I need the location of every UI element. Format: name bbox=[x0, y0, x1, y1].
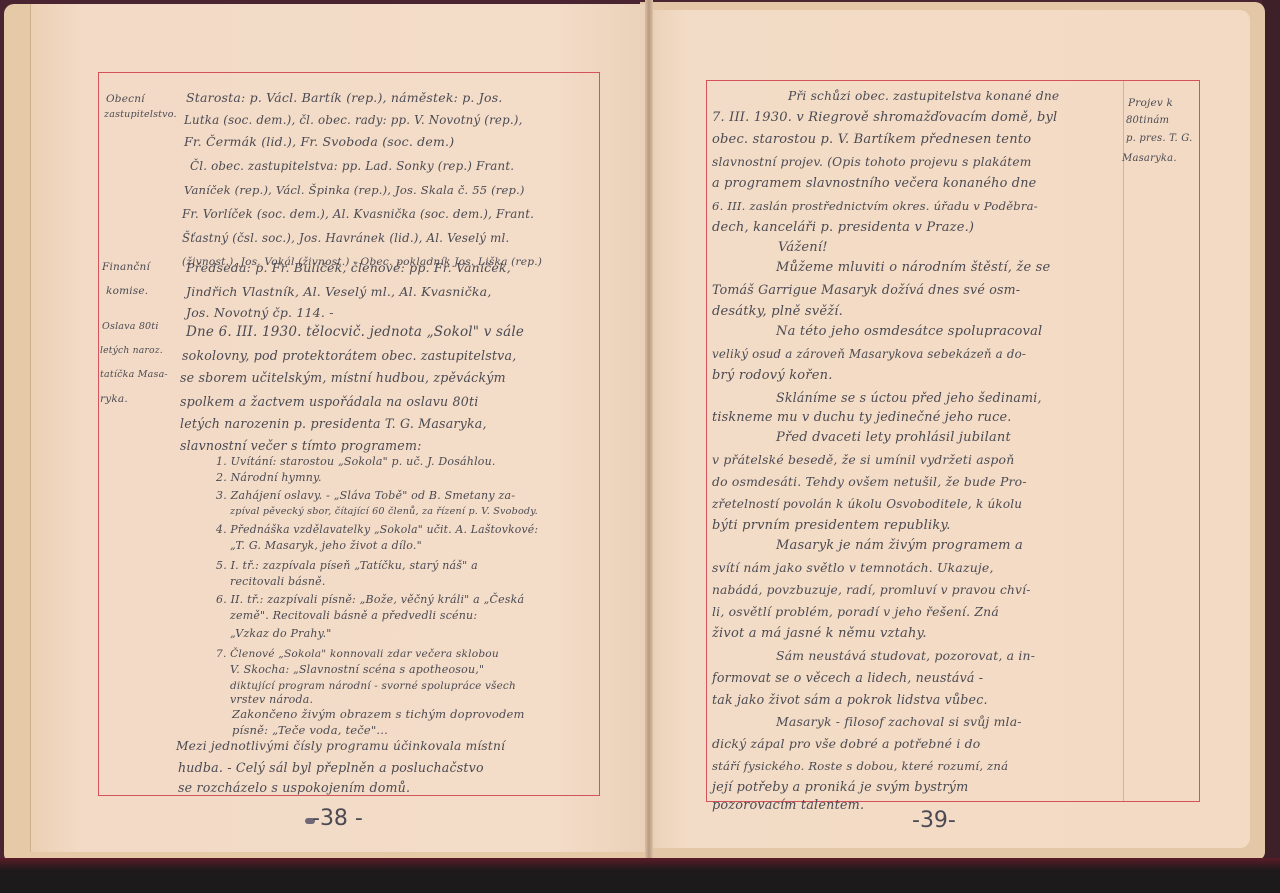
text-line: Skláníme se s úctou před jeho šedinami, bbox=[776, 388, 1042, 408]
text-line: zřetelností povolán k úkolu Osvoboditele… bbox=[712, 494, 1022, 514]
margin-label-line: Finanční bbox=[102, 258, 150, 276]
program-item: „T. G. Masaryk, jeho život a dílo." bbox=[230, 536, 422, 556]
program-item: země". Recitovali básně a předvedli scén… bbox=[230, 606, 477, 626]
text-line: Fr. Vorlíček (soc. dem.), Al. Kvasnička … bbox=[182, 204, 534, 224]
margin-label-line: zastupitelstvo. bbox=[104, 106, 177, 124]
text-line: obec. starostou p. V. Bartíkem přednesen… bbox=[712, 130, 1031, 150]
text-line: desátky, plně svěží. bbox=[712, 302, 843, 322]
program-item: „Vzkaz do Prahy." bbox=[230, 624, 332, 644]
text-line: 7. III. 1930. v Riegrově shromažďovacím … bbox=[712, 108, 1057, 128]
text-line: Mezi jednotlivými čísly programu účinkov… bbox=[176, 736, 505, 756]
text-line: tak jako život sám a pokrok lidstva vůbe… bbox=[712, 690, 988, 710]
text-line: formovat se o věcech a lidech, neustává … bbox=[712, 668, 983, 688]
margin-label-line: p. pres. T. G. bbox=[1126, 130, 1193, 148]
text-line: Dne 6. III. 1930. tělocvič. jednota „Sok… bbox=[186, 322, 524, 342]
text-line: Sám neustává studovat, pozorovat, a in- bbox=[776, 646, 1035, 666]
page-number-right: -39- bbox=[912, 808, 956, 833]
margin-column-rule bbox=[1123, 81, 1124, 801]
text-line: Fr. Čermák (lid.), Fr. Svoboda (soc. dem… bbox=[184, 132, 454, 152]
page-number-left: -38 - bbox=[312, 806, 363, 831]
text-line: Starosta: p. Václ. Bartík (rep.), náměst… bbox=[186, 88, 503, 108]
text-line: slavnostní projev. (Opis tohoto projevu … bbox=[712, 152, 1032, 172]
margin-label-line: letých naroz. bbox=[100, 342, 163, 360]
margin-label-line: ryka. bbox=[100, 390, 128, 408]
text-line: Vaníček (rep.), Václ. Špinka (rep.), Jos… bbox=[184, 180, 525, 200]
text-line: pozorovacím talentem. bbox=[712, 796, 864, 816]
greeting: Vážení! bbox=[778, 238, 828, 258]
text-line: 6. III. zaslán prostřednictvím okres. úř… bbox=[712, 196, 1038, 216]
text-line: brý rodový kořen. bbox=[712, 366, 833, 386]
text-line: sokolovny, pod protektorátem obec. zastu… bbox=[182, 346, 516, 366]
margin-label-line: 80tinám bbox=[1126, 112, 1169, 130]
program-item: recitovali básně. bbox=[230, 572, 326, 592]
book-gutter bbox=[645, 0, 653, 860]
text-line: do osmdesáti. Tehdy ovšem netušil, že bu… bbox=[712, 472, 1027, 492]
text-line: a programem slavnostního večera konaného… bbox=[712, 174, 1036, 194]
margin-label-line: komise. bbox=[106, 282, 148, 300]
margin-label-line: Projev k bbox=[1128, 94, 1173, 112]
program-item: 2. Národní hymny. bbox=[216, 468, 322, 488]
text-line: nabádá, povzbuzuje, radí, promluví v pra… bbox=[712, 580, 1031, 600]
book-cover-bottom bbox=[0, 858, 1280, 893]
text-line: Šťastný (čsl. soc.), Jos. Havránek (lid.… bbox=[182, 228, 509, 248]
text-line: spolkem a žactvem uspořádala na oslavu 8… bbox=[180, 392, 478, 412]
text-line: Před dvaceti lety prohlásil jubilant bbox=[776, 428, 1011, 448]
margin-label-line: tatíčka Masa- bbox=[100, 366, 168, 384]
text-line: se sborem učitelským, místní hudbou, zpě… bbox=[180, 368, 506, 388]
text-line: Při schůzi obec. zastupitelstva konané d… bbox=[788, 86, 1059, 106]
text-line: veliký osud a zároveň Masarykova sebekáz… bbox=[712, 344, 1026, 364]
text-line: Jindřich Vlastník, Al. Veselý ml., Al. K… bbox=[186, 282, 492, 302]
text-line: stáří fysického. Roste s dobou, které ro… bbox=[712, 756, 1008, 776]
text-line: Předseda: p. Fr. Bulíček, členové: pp. F… bbox=[186, 258, 511, 278]
program-item: zpíval pěvecký sbor, čítající 60 členů, … bbox=[230, 502, 538, 522]
margin-label-line: Oslava 80ti bbox=[102, 318, 159, 336]
text-line: li, osvětlí problém, poradí v jeho řešen… bbox=[712, 602, 999, 622]
text-line: její potřeby a proniká je svým bystrým bbox=[712, 778, 968, 798]
text-line: v přátelské besedě, že si umínil vydržet… bbox=[712, 450, 1014, 470]
text-line: Můžeme mluviti o národním štěstí, že se bbox=[776, 258, 1050, 278]
text-line: Tomáš Garrigue Masaryk dožívá dnes své o… bbox=[712, 280, 1020, 300]
text-line: život a má jasné k němu vztahy. bbox=[712, 624, 927, 644]
text-line: Masaryk je nám živým programem a bbox=[776, 536, 1023, 556]
text-line: Lutka (soc. dem.), čl. obec. rady: pp. V… bbox=[184, 110, 523, 130]
text-line: Na této jeho osmdesátce spolupracoval bbox=[776, 322, 1042, 342]
margin-label-line: Masaryka. bbox=[1122, 150, 1177, 168]
text-line: Masaryk - filosof zachoval si svůj mla- bbox=[776, 712, 1022, 732]
text-line: dech, kanceláři p. presidenta v Praze.) bbox=[712, 218, 974, 238]
text-line: hudba. - Celý sál byl přeplněn a posluch… bbox=[178, 758, 484, 778]
text-line: se rozcházelo s uspokojením domů. bbox=[178, 778, 410, 798]
text-line: býti prvním presidentem republiky. bbox=[712, 516, 951, 536]
text-line: letých narozenin p. presidenta T. G. Mas… bbox=[180, 414, 487, 434]
text-line: Jos. Novotný čp. 114. - bbox=[186, 303, 334, 323]
text-line: svítí nám jako světlo v temnotách. Ukazu… bbox=[712, 558, 994, 578]
text-line: Čl. obec. zastupitelstva: pp. Lad. Sonky… bbox=[190, 156, 514, 176]
text-line: dický zápal pro vše dobré a potřebné i d… bbox=[712, 734, 980, 754]
text-line: tiskneme mu v duchu ty jedinečné jeho ru… bbox=[712, 408, 1012, 428]
